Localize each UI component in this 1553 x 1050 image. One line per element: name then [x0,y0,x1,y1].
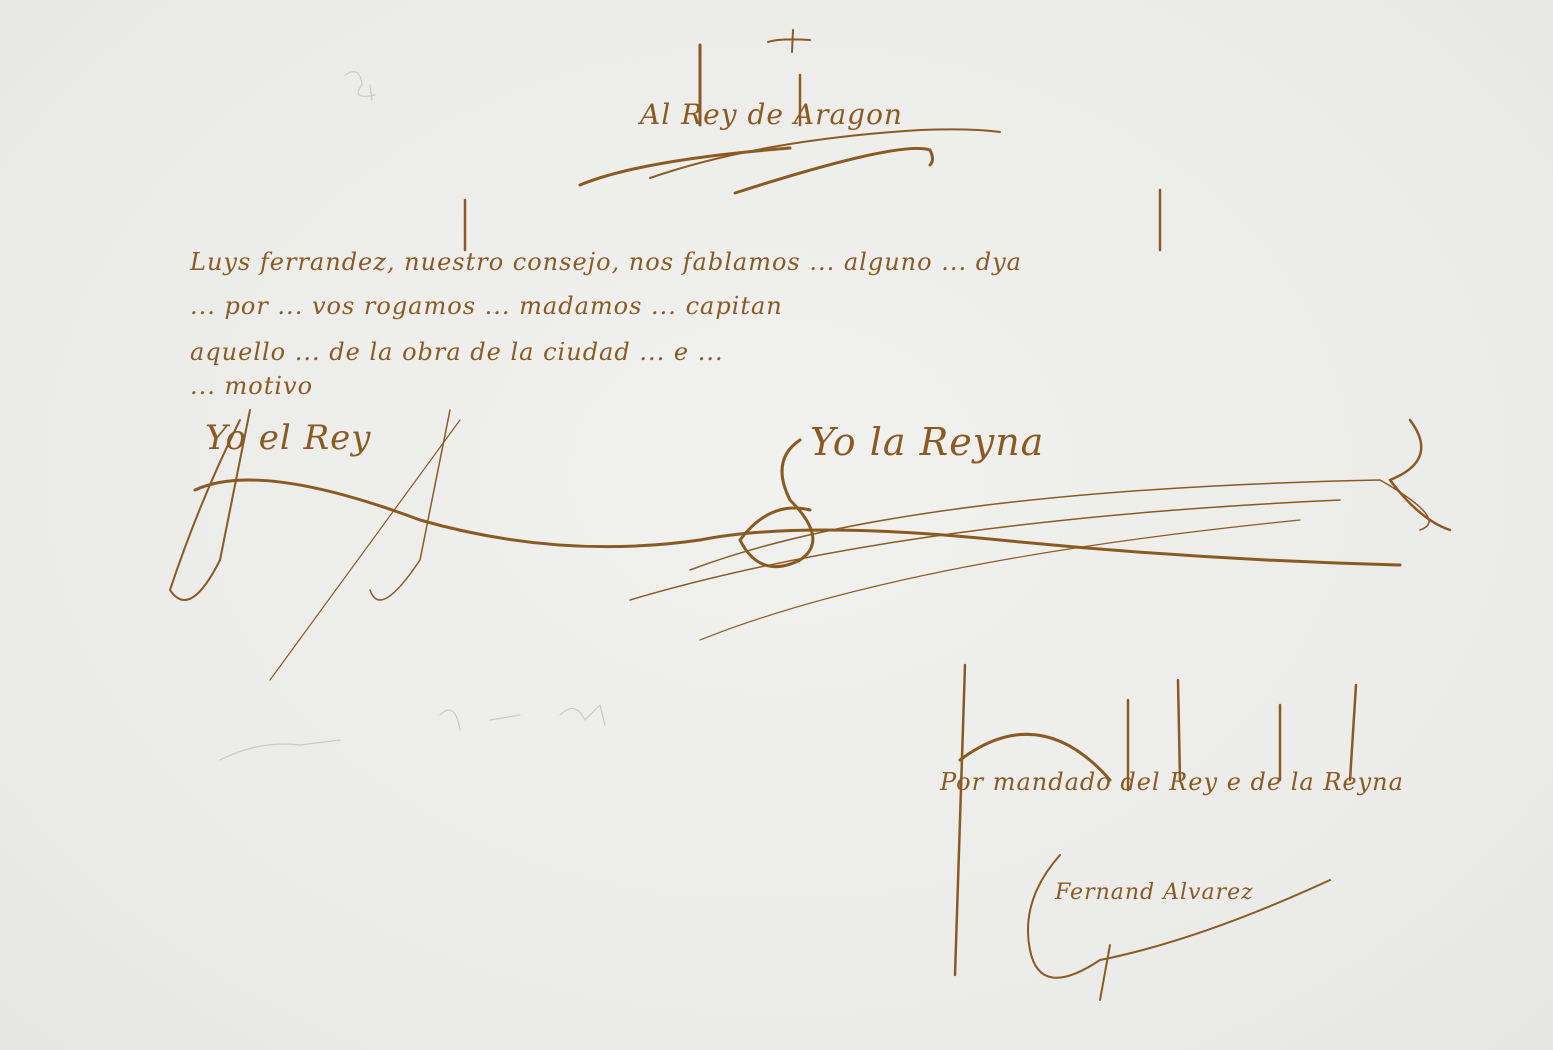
signature-king: Yo el Rey [205,418,372,458]
body-line-2: ... por ... vos rogamos ... madamos ... … [190,292,783,320]
signature-queen: Yo la Reyna [810,420,1044,464]
body-line-4: ... motivo [190,372,313,400]
address-line: Al Rey de Aragon [640,98,903,131]
body-line-1: Luys ferrandez, nuestro consejo, nos fab… [190,248,1022,276]
manuscript-page: 4 Castilla Al Rey de Aragon [0,0,1553,1050]
countersign-mandate: Por mandado del Rey e de la Reyna [940,768,1404,796]
handwriting-strokes [0,0,1553,1050]
countersign-secretary: Fernand Alvarez [1055,880,1254,905]
body-line-3: aquello ... de la obra de la ciudad ... … [190,338,724,366]
